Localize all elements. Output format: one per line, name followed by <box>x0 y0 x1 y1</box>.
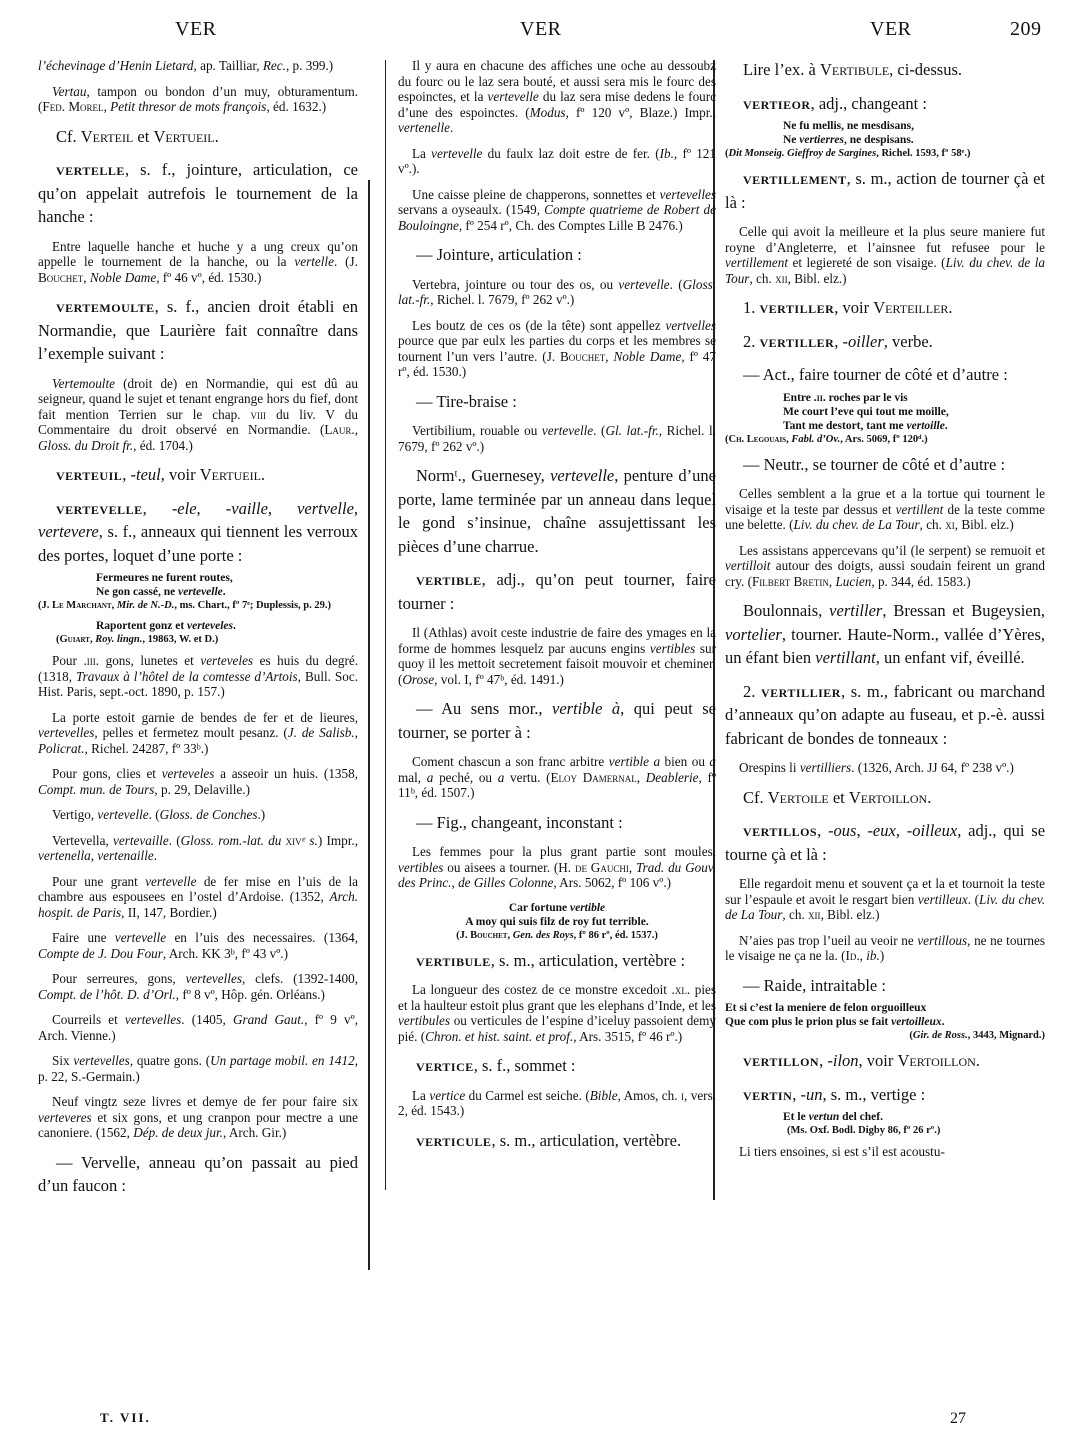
italic-term: vertevaille <box>113 833 169 848</box>
small-caps-name: Vertoile <box>768 788 829 807</box>
italic-term: vortelier <box>725 625 782 644</box>
running-head-center: VER <box>520 18 562 41</box>
italic-term: Gloss. du Droit fr. <box>38 438 133 453</box>
small-caps-name: Verteiller <box>873 298 948 317</box>
signature-mark: T. VII. <box>100 1410 151 1426</box>
dictionary-entry: vertemoulte, s. f., ancien droit établi … <box>38 295 358 366</box>
sense-subheading: — Vervelle, anneau qu’on passait au pied… <box>38 1151 358 1198</box>
running-head-right: VER <box>870 18 912 41</box>
dictionary-entry: vertelle, s. f., jointure, articulation,… <box>38 158 358 229</box>
sense-subheading: — Raide, intraitable : <box>725 974 1045 998</box>
dictionary-entry: Cf. Vertoile et Vertoillon. <box>725 786 1045 810</box>
example-quotation: Vertevella, vertevaille. (Gloss. rom.-la… <box>38 833 358 864</box>
verse-line: Que com plus le prion plus se fait verto… <box>725 1015 1045 1029</box>
small-caps-name: Bouchet <box>38 270 83 285</box>
column-2: Il y aura en chacune des affiches une oc… <box>398 58 716 1162</box>
dictionary-entry: Boulonnais, vertiller, Bressan et Bugeys… <box>725 599 1045 670</box>
dictionary-entry: Lire l’ex. à Vertibule, ci-dessus. <box>725 58 1045 82</box>
verse-quotation: Et si c’est la meniere de felon orguoill… <box>725 1001 1045 1043</box>
dictionary-entry: Normᵗ., Guernesey, vertevelle, penture d… <box>398 464 716 558</box>
dictionary-entry: vertillos, -ous, -eux, -oilleux, adj., q… <box>725 819 1045 866</box>
example-quotation: La vertice du Carmel est seiche. (Bible,… <box>398 1088 716 1119</box>
italic-term: Fabl. d’Ov. <box>791 434 840 445</box>
italic-term: vertevelles <box>660 187 716 202</box>
verse-line: Car fortune vertible <box>398 901 716 915</box>
small-caps-name: xii <box>775 271 788 286</box>
italic-term: vertevelle <box>97 807 148 822</box>
sense-subheading: — Au sens mor., vertible à, qui peut se … <box>398 697 716 744</box>
small-caps-name: Filbert Bretin <box>752 574 829 589</box>
dictionary-entry: Cf. Verteil et Vertueil. <box>38 125 358 149</box>
italic-term: verteveles <box>187 620 233 632</box>
italic-term: Un partage mobil. en 1412 <box>210 1053 355 1068</box>
italic-term: Vertau <box>52 84 86 99</box>
italic-term: verteveles <box>200 653 253 668</box>
small-caps-name: Vertoillon <box>898 1051 976 1070</box>
italic-term: vertevelles <box>186 971 242 986</box>
italic-term: -teul <box>131 465 161 484</box>
italic-term: vertevelles <box>38 725 94 740</box>
example-quotation: Li tiers ensoines, si est s’il est acous… <box>725 1144 1045 1160</box>
italic-term: vertevelle <box>431 146 482 161</box>
italic-term: vertilloit <box>725 558 770 573</box>
example-quotation: Six vertevelles, quatre gons. (Un partag… <box>38 1053 358 1084</box>
italic-term: -un <box>801 1085 823 1104</box>
italic-term: Dép. de deux jur. <box>133 1125 223 1140</box>
small-caps-name: Guiart <box>60 634 90 645</box>
italic-term: Dit Monseig. Gieffroy de Sargines <box>729 148 877 159</box>
example-quotation: Vertemoulte (droit de) en Normandie, qui… <box>38 376 358 454</box>
headword: vertelle <box>56 160 125 179</box>
italic-term: Noble Dame <box>613 349 681 364</box>
example-quotation: Pour serreures, gons, vertevelles, clefs… <box>38 971 358 1002</box>
small-caps-name: xii <box>808 907 821 922</box>
italic-term: Roy. lingn. <box>95 634 142 645</box>
italic-term: Bible <box>590 1088 618 1103</box>
verse-line: Ne fu mellis, ne mesdisans, <box>725 119 1045 133</box>
dictionary-entry: 1. vertiller, voir Verteiller. <box>725 296 1045 320</box>
small-caps-name: Eloy Damernal <box>551 770 637 785</box>
citation: (Dit Monseig. Gieffroy de Sargines, Rich… <box>725 147 1045 161</box>
example-quotation: Orespins li vertilliers. (1326, Arch. JJ… <box>725 760 1045 776</box>
italic-term: Gl. lat.-fr. <box>605 423 658 438</box>
italic-term: l’échevinage d’Henin Lietard <box>38 58 194 73</box>
italic-term: vertibles <box>398 860 443 875</box>
italic-term: vertevelle <box>618 277 669 292</box>
italic-term: vertvelles <box>665 318 716 333</box>
citation: (J. Le Marchant, Mir. de N.-D., ms. Char… <box>38 599 358 613</box>
small-caps-name: Verteil <box>81 127 134 146</box>
italic-term: J. de Salisb. <box>288 725 355 740</box>
italic-term: Chron. et hist. saint. et prof. <box>425 1029 573 1044</box>
verse-line: Fermeures ne furent routes, <box>38 571 358 585</box>
small-caps-name: .ii. <box>814 392 826 404</box>
headword: verticule <box>416 1131 491 1150</box>
citation: (J. Bouchet, Gen. des Roys, fº 86 rº, éd… <box>398 929 716 943</box>
verse-quotation: Et le vertun del chef.(Ms. Oxf. Bodl. Di… <box>725 1110 1045 1138</box>
italic-term: vertevelle <box>488 89 539 104</box>
page-number: 209 <box>1010 18 1042 41</box>
small-caps-name: Ch. Legouais <box>729 434 787 445</box>
verse-quotation: Entre .ii. roches par le visMe court l’e… <box>725 391 1045 447</box>
column-rule <box>385 60 386 1190</box>
example-quotation: Les femmes pour la plus grant partie son… <box>398 844 716 891</box>
verse-quotation: Ne fu mellis, ne mesdisans,Ne vertierres… <box>725 119 1045 161</box>
example-quotation: Une caisse pleine de chapperons, sonnett… <box>398 187 716 234</box>
example-quotation: Les boutz de ces os (de la tête) sont ap… <box>398 318 716 380</box>
dictionary-entry: vertevelle, -ele, -vaille, vertvelle, ve… <box>38 497 358 568</box>
italic-term: Travaux à l’hôtel de la comtesse d’Artoi… <box>76 669 298 684</box>
running-head-left: VER <box>175 18 217 41</box>
column-1: l’échevinage d’Henin Lietard, ap. Tailli… <box>38 58 358 1208</box>
small-caps-name: Le Marchant <box>52 600 112 611</box>
italic-term: Orose <box>402 672 434 687</box>
italic-term: vertevelles <box>73 1053 129 1068</box>
verse-quotation: Car fortune vertibleA moy qui suis filz … <box>398 901 716 943</box>
italic-term: vertoilleux <box>891 1016 941 1028</box>
headword: vertevelle <box>56 499 143 518</box>
italic-term: vertevelle <box>550 466 614 485</box>
dictionary-entry: vertin, -un, s. m., vertige : <box>725 1083 1045 1107</box>
italic-term: a <box>498 770 505 785</box>
small-caps-name: i <box>681 1088 684 1103</box>
italic-term: -ilon <box>827 1051 858 1070</box>
verse-line: Me court l’eve qui tout me moille, <box>725 405 1045 419</box>
small-caps-name: Id. <box>845 948 859 963</box>
italic-term: Petit thresor de mots françois <box>110 99 266 114</box>
italic-term: Modus <box>530 105 566 120</box>
italic-term: vertice <box>429 1088 465 1103</box>
small-caps-name: Vertueil <box>153 127 214 146</box>
small-caps-name: de Gauchi <box>575 860 629 875</box>
example-quotation: Vertigo, vertevelle. (Gloss. de Conches.… <box>38 807 358 823</box>
italic-term: -oilleux <box>907 821 957 840</box>
italic-term: Compt. mun. de Tours <box>38 782 154 797</box>
italic-term: Compt. de l’hôt. D. d’Orl. <box>38 987 176 1002</box>
italic-term: -eux <box>867 821 895 840</box>
headword: verteuil <box>56 465 122 484</box>
sense-subheading: — Neutr., se tourner de côté et d’autre … <box>725 453 1045 477</box>
small-caps-name: xiv <box>286 833 302 848</box>
italic-term: -ele <box>172 499 197 518</box>
headword: vertice <box>416 1056 474 1075</box>
italic-term: vertiller <box>829 601 882 620</box>
italic-term: Gloss. rom.-lat. du <box>181 833 286 848</box>
italic-term: vertierres <box>799 134 844 146</box>
headword: vertiller <box>760 332 835 351</box>
italic-term: Arch. hospit. de Paris <box>38 889 358 920</box>
italic-term: -ous <box>828 821 856 840</box>
example-quotation: La longueur des costez de ce monstre exc… <box>398 982 716 1044</box>
sheet-number: 27 <box>950 1410 966 1428</box>
verse-quotation: Raportent gonz et verteveles.(Guiart, Ro… <box>38 619 358 647</box>
italic-term: vertillant <box>815 648 876 667</box>
italic-term: vertillous <box>917 933 967 948</box>
example-quotation: Vertibilium, rouable ou vertevelle. (Gl.… <box>398 423 716 454</box>
italic-term: Liv. du chev. de La Tour <box>725 892 1045 923</box>
small-caps-name: Fed. Morel <box>42 99 103 114</box>
headword: vertible <box>416 570 482 589</box>
small-caps-name: Vertueil <box>200 465 261 484</box>
headword: vertillos <box>743 821 817 840</box>
example-quotation: Entre laquelle hanche et huche y a ung c… <box>38 239 358 286</box>
example-quotation: Elle regardoit menu et souvent ça et la … <box>725 876 1045 923</box>
sense-subheading: — Act., faire tourner de côté et d’autre… <box>725 363 1045 387</box>
italic-term: vertilliers <box>800 760 851 775</box>
italic-term: vertenella <box>38 848 91 863</box>
italic-term: vertilleux <box>918 892 968 907</box>
small-caps-name: Bouchet <box>560 349 605 364</box>
headword: vertillon <box>743 1051 819 1070</box>
italic-term: vertible a <box>609 754 660 769</box>
example-quotation: Pour .iii. gons, lunetes et verteveles e… <box>38 653 358 700</box>
italic-term: vertenelle <box>398 120 450 135</box>
italic-term: vertibules <box>398 1013 450 1028</box>
sense-subheading: — Fig., changeant, inconstant : <box>398 811 716 835</box>
verse-line: Et le vertun del chef. <box>725 1110 1045 1124</box>
small-caps-name: Laur. <box>324 422 354 437</box>
sense-subheading: — Tire-braise : <box>398 390 716 414</box>
example-quotation: Pour une grant vertevelle de fer mise en… <box>38 874 358 921</box>
dictionary-entry: vertice, s. f., sommet : <box>398 1054 716 1078</box>
verse-line: Ne gon cassé, ne vertevelle. <box>38 585 358 599</box>
example-quotation: Vertebra, jointure ou tour des os, ou ve… <box>398 277 716 308</box>
dictionary-entry: vertieor, adj., changeant : <box>725 92 1045 116</box>
italic-term: verteveres <box>38 1110 92 1125</box>
small-caps-name: Bouchet <box>470 930 507 941</box>
italic-term: vertenaille <box>97 848 153 863</box>
verse-line: Ne vertierres, ne despisans. <box>725 133 1045 147</box>
small-caps-name: viii <box>251 407 267 422</box>
verse-quotation: Fermeures ne furent routes,Ne gon cassé,… <box>38 571 358 613</box>
italic-term: vertillent <box>896 502 944 517</box>
verse-line: Tant me destort, tant me vertoille. <box>725 419 1045 433</box>
small-caps-name: Vertibule <box>820 60 889 79</box>
example-quotation: Faire une vertevelle en l’uis des necess… <box>38 930 358 961</box>
headword: vertieor <box>743 94 811 113</box>
example-quotation: Courreils et vertevelles. (1405, Grand G… <box>38 1012 358 1043</box>
italic-term: ib. <box>866 948 880 963</box>
italic-term: -oiller <box>843 332 884 351</box>
small-caps-name: Vertoillon <box>849 788 927 807</box>
italic-term: vertevelle <box>145 874 196 889</box>
example-quotation: Vertau, tampon ou bondon d’un muy, obtur… <box>38 84 358 115</box>
italic-term: Gir. de Ross. <box>913 1030 968 1041</box>
example-quotation: Celle qui avoit la meilleure et la plus … <box>725 224 1045 286</box>
italic-term: vertevelle <box>115 930 166 945</box>
example-quotation: Neuf vingtz seze livres et demye de fer … <box>38 1094 358 1141</box>
dictionary-entry: 2. vertillier, s. m., fabricant ou march… <box>725 680 1045 751</box>
italic-term: vertelle <box>294 254 334 269</box>
example-quotation: Il (Athlas) avoit ceste industrie de fai… <box>398 625 716 687</box>
verse-line: Entre .ii. roches par le vis <box>725 391 1045 405</box>
italic-term: Gloss. de Conches <box>160 807 258 822</box>
italic-term: vertillement <box>725 255 788 270</box>
example-quotation: La vertevelle du faulx laz doit estre de… <box>398 146 716 177</box>
example-quotation: Il y aura en chacune des affiches une oc… <box>398 58 716 136</box>
headword: vertin <box>743 1085 792 1104</box>
italic-term: Compte de J. Dou Four <box>38 946 163 961</box>
italic-term: vertibles <box>650 641 695 656</box>
citation: (Ch. Legouais, Fabl. d’Ov., Ars. 5069, f… <box>725 433 1045 447</box>
italic-term: Mir. de N.-D. <box>117 600 174 611</box>
dictionary-entry: vertillement, s. m., action de tourner ç… <box>725 167 1045 214</box>
citation: (Guiart, Roy. lingn., 19863, W. et D.) <box>38 633 358 647</box>
headword: vertibule <box>416 951 491 970</box>
italic-term: vertvelle <box>297 499 354 518</box>
example-quotation: N’aies pas trop l’ueil au veoir ne verti… <box>725 933 1045 964</box>
dictionary-entry: vertible, adj., qu’on peut tourner, fair… <box>398 568 716 615</box>
italic-term: vertevelle <box>542 423 593 438</box>
italic-term: Vertemoulte <box>52 376 115 391</box>
italic-term: a <box>427 770 434 785</box>
example-quotation: La porte estoit garnie de bendes de fer … <box>38 710 358 757</box>
italic-term: Trad. du Gouv. des Princ. <box>398 860 716 891</box>
dictionary-entry: vertillon, -ilon, voir Vertoillon. <box>725 1049 1045 1073</box>
example-quotation: Pour gons, clies et verteveles a asseoir… <box>38 766 358 797</box>
headword: vertillement <box>743 169 847 188</box>
italic-term: Noble Dame <box>90 270 156 285</box>
sense-subheading: — Jointure, articulation : <box>398 243 716 267</box>
italic-term: Deablerie <box>646 770 699 785</box>
verse-line: Et si c’est la meniere de felon orguoill… <box>725 1001 1045 1015</box>
italic-term: de Gilles Colonne <box>458 875 553 890</box>
italic-term: Compte quatrieme de Robert de Bouloingne <box>398 202 716 233</box>
italic-term: Grand Gaut. <box>233 1012 304 1027</box>
dictionary-entry: vertibule, s. m., articulation, vertèbre… <box>398 949 716 973</box>
dictionary-entry: verteuil, -teul, voir Vertueil. <box>38 463 358 487</box>
small-caps-name: .iii. <box>83 653 99 668</box>
italic-term: -vaille <box>226 499 268 518</box>
column-rule <box>368 180 370 1270</box>
italic-term: Lucien <box>835 574 871 589</box>
headword: vertillier <box>761 682 841 701</box>
italic-term: vertoille <box>907 420 945 432</box>
italic-term: vertevelles <box>125 1012 181 1027</box>
italic-term: Rec. <box>263 58 286 73</box>
italic-term: Liv. du chev. de La Tour <box>793 517 919 532</box>
headword: vertiller <box>760 298 835 317</box>
dictionary-entry: 2. vertiller, -oiller, verbe. <box>725 330 1045 354</box>
example-quotation: Les assistans appercevans qu’il (le serp… <box>725 543 1045 590</box>
italic-term: verteveles <box>162 766 215 781</box>
example-quotation: Coment chascun a son franc arbitre verti… <box>398 754 716 801</box>
verse-line: A moy qui suis filz de roy fut terrible. <box>398 915 716 929</box>
example-quotation: Celles semblent a la grue et a la tortue… <box>725 486 1045 533</box>
italic-term: Policrat. <box>38 741 85 756</box>
italic-term: vertun <box>809 1111 840 1123</box>
italic-term: vertible <box>570 902 605 914</box>
dictionary-entry: verticule, s. m., articulation, vertèbre… <box>398 1129 716 1153</box>
example-quotation: l’échevinage d’Henin Lietard, ap. Tailli… <box>38 58 358 74</box>
italic-term: a <box>709 754 716 769</box>
italic-term: Ib. <box>660 146 674 161</box>
headword: vertemoulte <box>56 297 155 316</box>
italic-term: Gen. des Roys <box>513 930 574 941</box>
italic-term: vertible à <box>552 699 620 718</box>
italic-term: vertevere <box>38 522 99 541</box>
verse-line: Raportent gonz et verteveles. <box>38 619 358 633</box>
column-3: Lire l’ex. à Vertibule, ci-dessus.vertie… <box>725 58 1045 1170</box>
small-caps-name: xi <box>945 517 955 532</box>
citation: (Ms. Oxf. Bodl. Digby 86, fº 26 rº.) <box>725 1124 1045 1138</box>
italic-term: vertevelle <box>178 586 223 598</box>
small-caps-name: .xl. <box>672 982 691 997</box>
italic-term: ᵉ s. <box>302 833 318 848</box>
citation: (Gir. de Ross., 3443, Mignard.) <box>725 1029 1045 1043</box>
